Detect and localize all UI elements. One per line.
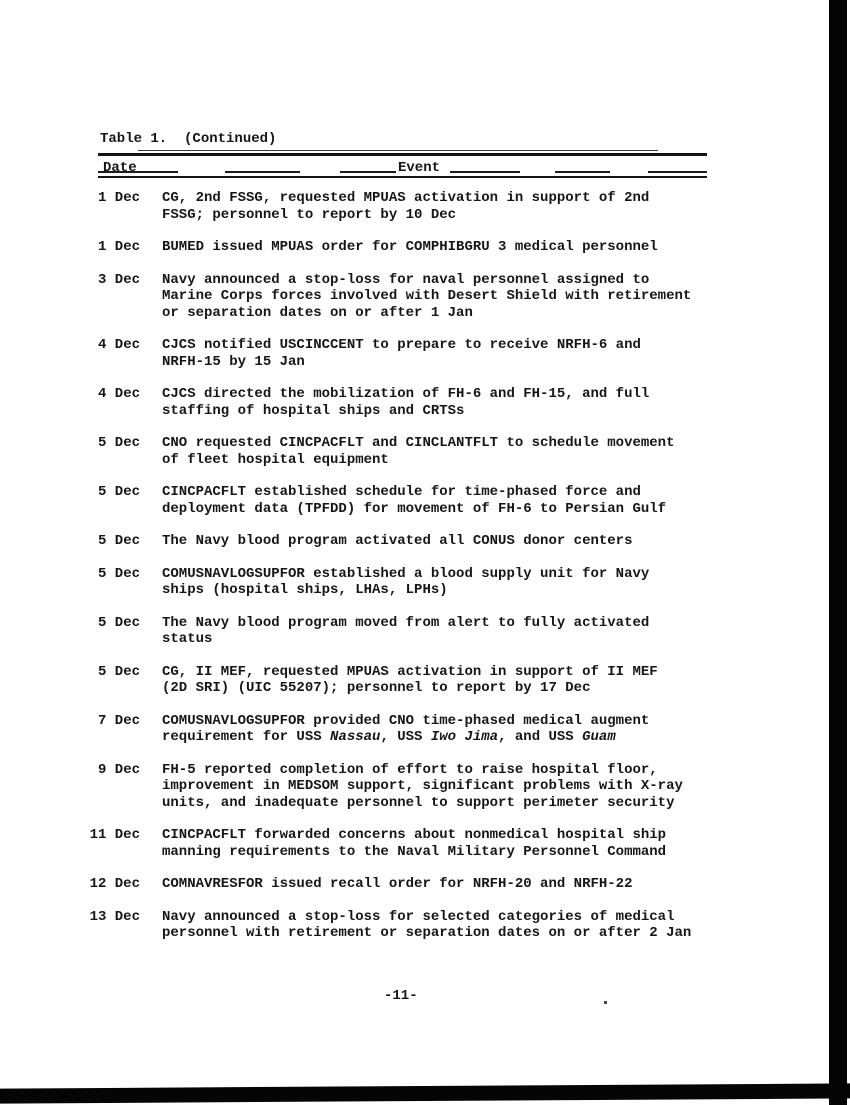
row-event-line: The Navy blood program activated all CON…	[162, 533, 632, 550]
scan-edge-bar-right	[829, 0, 847, 1105]
row-event-line: Marine Corps forces involved with Desert…	[162, 288, 691, 305]
row-date: 4 Dec	[88, 386, 140, 419]
table-row: 4 DecCJCS directed the mobilization of F…	[88, 386, 713, 419]
row-event-line: units, and inadequate personnel to suppo…	[162, 795, 683, 812]
row-event: CNO requested CINCPACFLT and CINCLANTFLT…	[162, 435, 674, 468]
row-event-line: FSSG; personnel to report by 10 Dec	[162, 207, 649, 224]
table-row: 7 DecCOMUSNAVLOGSUPFOR provided CNO time…	[88, 713, 713, 746]
row-event-line: CG, 2nd FSSG, requested MPUAS activation…	[162, 190, 649, 207]
table-row: 13 DecNavy announced a stop-loss for sel…	[88, 909, 713, 942]
table-row: 5 DecCG, II MEF, requested MPUAS activat…	[88, 664, 713, 697]
row-event: CG, II MEF, requested MPUAS activation i…	[162, 664, 658, 697]
row-event: Navy announced a stop-loss for naval per…	[162, 272, 691, 322]
table-top-rule-ghost	[138, 150, 658, 151]
rule-dash	[648, 171, 707, 173]
column-header-event: Event	[398, 160, 440, 177]
table-row: 9 DecFH-5 reported completion of effort …	[88, 762, 713, 812]
table-rows: 1 DecCG, 2nd FSSG, requested MPUAS activ…	[88, 190, 713, 958]
scanned-document-page: Table 1. (Continued) Date Event 1 DecCG,…	[0, 0, 850, 1105]
table-top-rule	[98, 153, 707, 156]
page-number: -11-	[384, 988, 418, 1005]
row-event: CINCPACFLT established schedule for time…	[162, 484, 666, 517]
row-date: 5 Dec	[88, 484, 140, 517]
row-event-line: NRFH-15 by 15 Jan	[162, 354, 641, 371]
row-event-line: COMNAVRESFOR issued recall order for NRF…	[162, 876, 632, 893]
scan-edge-bar-bottom	[0, 1083, 850, 1103]
row-date: 11 Dec	[88, 827, 140, 860]
table-row: 11 DecCINCPACFLT forwarded concerns abou…	[88, 827, 713, 860]
table-row: 1 DecCG, 2nd FSSG, requested MPUAS activ…	[88, 190, 713, 223]
row-event: CG, 2nd FSSG, requested MPUAS activation…	[162, 190, 649, 223]
row-event-line: CINCPACFLT forwarded concerns about nonm…	[162, 827, 666, 844]
row-event-line: ships (hospital ships, LHAs, LPHs)	[162, 582, 649, 599]
row-event: COMNAVRESFOR issued recall order for NRF…	[162, 876, 632, 893]
row-date: 3 Dec	[88, 272, 140, 322]
row-event-line: personnel with retirement or separation …	[162, 925, 691, 942]
row-event-line: manning requirements to the Naval Milita…	[162, 844, 666, 861]
row-event: CJCS directed the mobilization of FH-6 a…	[162, 386, 649, 419]
row-event-line: Navy announced a stop-loss for naval per…	[162, 272, 691, 289]
table-row: 12 DecCOMNAVRESFOR issued recall order f…	[88, 876, 713, 893]
rule-dash	[555, 171, 610, 173]
row-date: 5 Dec	[88, 533, 140, 550]
row-date: 5 Dec	[88, 664, 140, 697]
row-event-line: Navy announced a stop-loss for selected …	[162, 909, 691, 926]
rule-dash	[340, 171, 396, 173]
row-date: 5 Dec	[88, 435, 140, 468]
row-event-line: improvement in MEDSOM support, significa…	[162, 778, 683, 795]
row-date: 5 Dec	[88, 615, 140, 648]
row-event: CJCS notified USCINCCENT to prepare to r…	[162, 337, 641, 370]
row-event-line: (2D SRI) (UIC 55207); personnel to repor…	[162, 680, 658, 697]
row-event: The Navy blood program moved from alert …	[162, 615, 649, 648]
table-row: 1 DecBUMED issued MPUAS order for COMPHI…	[88, 239, 713, 256]
row-event-line: FH-5 reported completion of effort to ra…	[162, 762, 683, 779]
row-event-line: requirement for USS Nassau, USS Iwo Jima…	[162, 729, 649, 746]
row-date: 12 Dec	[88, 876, 140, 893]
row-event: COMUSNAVLOGSUPFOR provided CNO time-phas…	[162, 713, 649, 746]
row-event-line: staffing of hospital ships and CRTSs	[162, 403, 649, 420]
row-event: FH-5 reported completion of effort to ra…	[162, 762, 683, 812]
row-date: 9 Dec	[88, 762, 140, 812]
row-event-line: CG, II MEF, requested MPUAS activation i…	[162, 664, 658, 681]
row-event-line: status	[162, 631, 649, 648]
table-row: 5 DecCINCPACFLT established schedule for…	[88, 484, 713, 517]
row-event: COMUSNAVLOGSUPFOR established a blood su…	[162, 566, 649, 599]
row-date: 1 Dec	[88, 239, 140, 256]
row-event-line: The Navy blood program moved from alert …	[162, 615, 649, 632]
table-row: 5 DecThe Navy blood program activated al…	[88, 533, 713, 550]
row-event-line: CJCS directed the mobilization of FH-6 a…	[162, 386, 649, 403]
table-row: 5 DecThe Navy blood program moved from a…	[88, 615, 713, 648]
scan-speck	[604, 1001, 607, 1004]
row-date: 13 Dec	[88, 909, 140, 942]
table-row: 3 DecNavy announced a stop-loss for nava…	[88, 272, 713, 322]
rule-dash	[225, 171, 300, 173]
row-event-line: or separation dates on or after 1 Jan	[162, 305, 691, 322]
row-event-line: COMUSNAVLOGSUPFOR provided CNO time-phas…	[162, 713, 649, 730]
column-header-date: Date	[103, 160, 137, 177]
rule-dash	[98, 171, 178, 173]
row-event-line: CINCPACFLT established schedule for time…	[162, 484, 666, 501]
row-date: 4 Dec	[88, 337, 140, 370]
row-event-line: deployment data (TPFDD) for movement of …	[162, 501, 666, 518]
row-event: BUMED issued MPUAS order for COMPHIBGRU …	[162, 239, 658, 256]
row-event-line: COMUSNAVLOGSUPFOR established a blood su…	[162, 566, 649, 583]
row-date: 5 Dec	[88, 566, 140, 599]
row-event: CINCPACFLT forwarded concerns about nonm…	[162, 827, 666, 860]
row-date: 7 Dec	[88, 713, 140, 746]
table-header-underline	[98, 176, 707, 178]
row-event-line: BUMED issued MPUAS order for COMPHIBGRU …	[162, 239, 658, 256]
row-event-line: CJCS notified USCINCCENT to prepare to r…	[162, 337, 641, 354]
row-event: Navy announced a stop-loss for selected …	[162, 909, 691, 942]
row-event-line: CNO requested CINCPACFLT and CINCLANTFLT…	[162, 435, 674, 452]
table-row: 4 DecCJCS notified USCINCCENT to prepare…	[88, 337, 713, 370]
row-date: 1 Dec	[88, 190, 140, 223]
table-row: 5 DecCOMUSNAVLOGSUPFOR established a blo…	[88, 566, 713, 599]
row-event-line: of fleet hospital equipment	[162, 452, 674, 469]
table-row: 5 DecCNO requested CINCPACFLT and CINCLA…	[88, 435, 713, 468]
table-title: Table 1. (Continued)	[100, 131, 276, 148]
row-event: The Navy blood program activated all CON…	[162, 533, 632, 550]
rule-dash	[450, 171, 520, 173]
